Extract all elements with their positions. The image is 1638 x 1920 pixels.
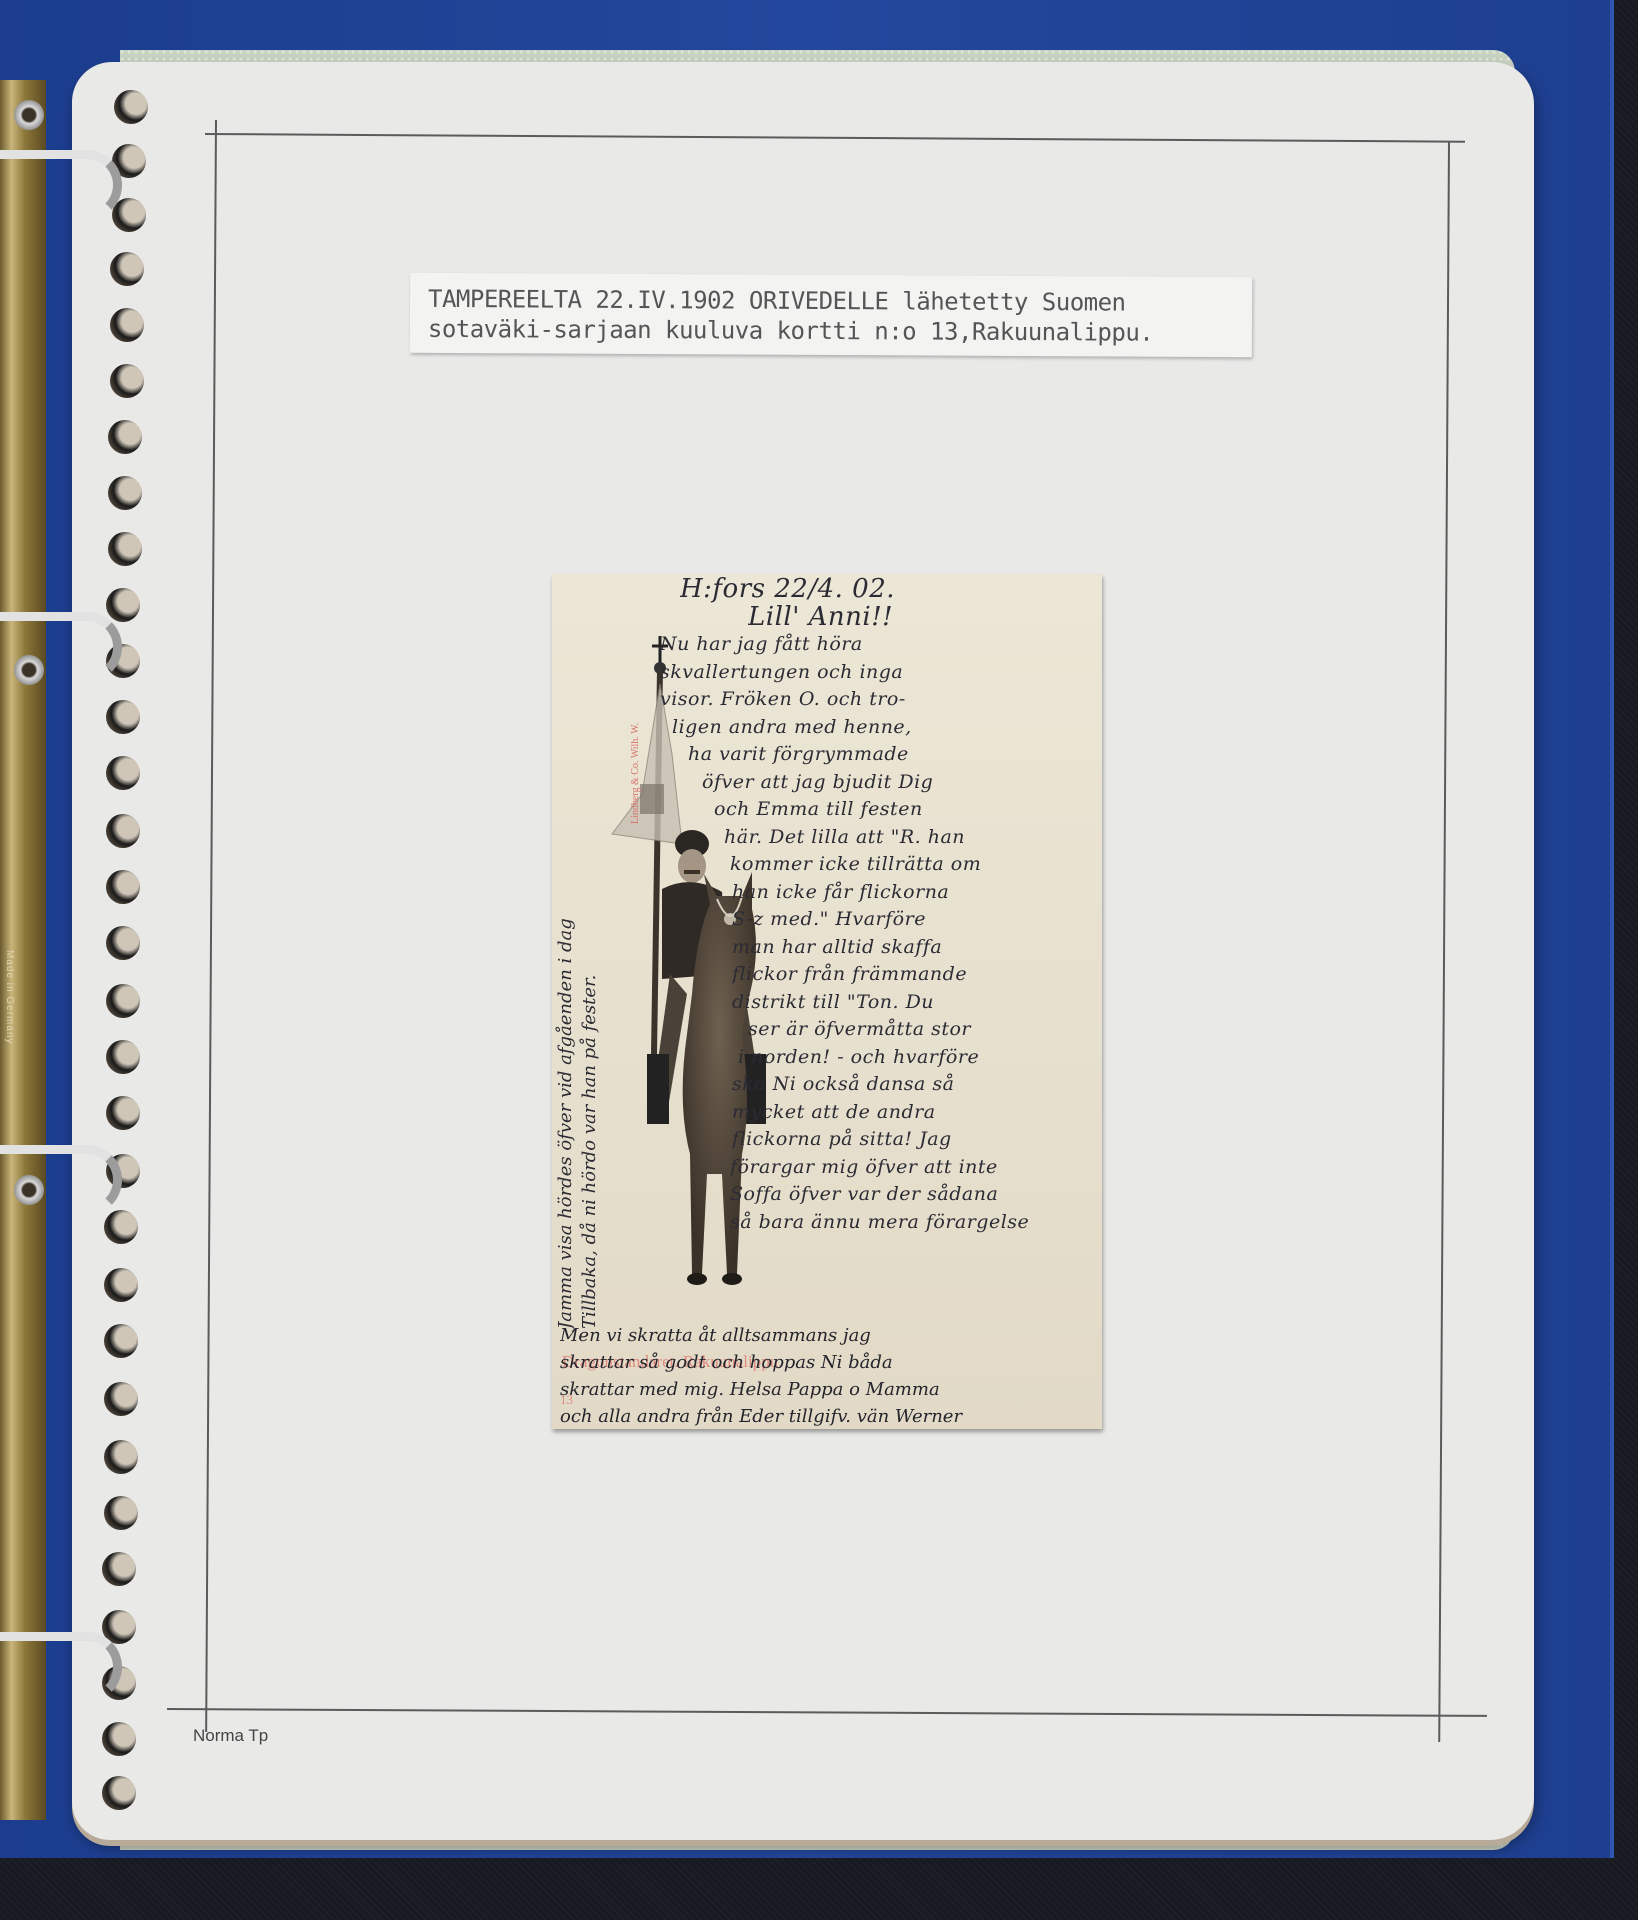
binder-ring[interactable]: [0, 150, 122, 220]
spine-label: Made in Germany: [4, 950, 15, 1044]
punch-hole: [104, 1210, 138, 1244]
punch-hole: [104, 1324, 138, 1358]
punch-hole: [102, 1722, 136, 1756]
punch-hole: [110, 364, 144, 398]
caption-line-2: sotaväki-sarjaan kuuluva kortti n:o 13,R…: [428, 314, 1252, 348]
vertical-handwriting: Jamma visa hördes öfver vid afgåenden i …: [554, 918, 602, 1329]
punch-hole: [104, 1496, 138, 1530]
punch-hole: [108, 420, 142, 454]
caption-label: TAMPEREELTA 22.IV.1902 ORIVEDELLE lähete…: [410, 273, 1252, 357]
punch-hole: [106, 588, 140, 622]
postcard: Lindberg & Co. Wilh. W. Jamma visa hörde…: [552, 574, 1102, 1429]
punch-hole: [108, 476, 142, 510]
punch-hole: [106, 1040, 140, 1074]
rivet: [14, 100, 44, 130]
punch-hole: [106, 870, 140, 904]
punch-hole: [110, 252, 144, 286]
punch-hole: [106, 700, 140, 734]
punch-hole: [106, 926, 140, 960]
punch-hole: [112, 198, 146, 232]
caption-line-1: TAMPEREELTA 22.IV.1902 ORIVEDELLE lähete…: [428, 284, 1252, 318]
punch-hole: [104, 1268, 138, 1302]
punch-hole: [102, 1776, 136, 1810]
punch-hole: [108, 532, 142, 566]
punch-hole: [110, 308, 144, 342]
punch-hole: [102, 1552, 136, 1586]
punch-hole: [106, 1096, 140, 1130]
punch-hole: [104, 1440, 138, 1474]
punch-hole: [106, 984, 140, 1018]
handwritten-closing: Men vi skratta åt alltsammans jag skratt…: [560, 1322, 1100, 1429]
message-greeting: Lill' Anni!!: [748, 604, 1100, 632]
punch-hole: [114, 90, 148, 124]
punch-hole: [104, 1382, 138, 1416]
binder-ring[interactable]: [0, 1632, 122, 1702]
handwritten-message: H:fors 22/4. 02. Lill' Anni!! Nu har jag…: [660, 576, 1100, 1236]
punch-hole: [106, 756, 140, 790]
punch-hole: [106, 814, 140, 848]
binder-ring[interactable]: [0, 612, 122, 682]
message-date: H:fors 22/4. 02.: [680, 576, 1100, 604]
binder-ring[interactable]: [0, 1145, 122, 1215]
publisher-imprint: Lindberg & Co. Wilh. W.: [630, 723, 641, 824]
page-maker-label: Norma Tp: [193, 1726, 268, 1746]
binder-spine: Made in Germany: [0, 80, 46, 1820]
